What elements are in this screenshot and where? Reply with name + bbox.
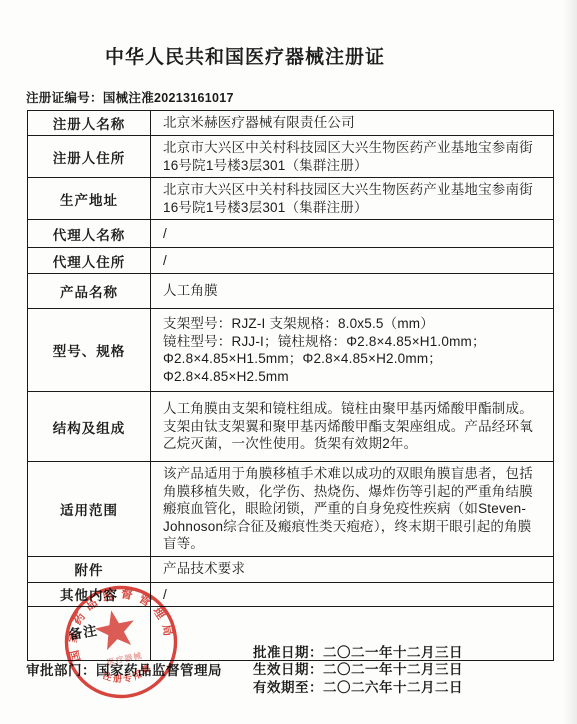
approval-date: 批准日期： 二〇二一年十二月三日 xyxy=(253,642,463,660)
row-intended-use: 适用范围 该产品适用于角膜移植手术难以成功的双眼角膜盲患者，包括角膜移植失败，化… xyxy=(28,462,554,557)
scan-edge-shadow xyxy=(563,0,577,724)
row-value: 该产品适用于角膜移植手术难以成功的双眼角膜盲患者，包括角膜移植失败，化学伤、热烧… xyxy=(151,462,554,557)
row-label: 适用范围 xyxy=(28,462,151,557)
row-label: 型号、规格 xyxy=(28,309,151,392)
row-registrant-address: 注册人住所 北京市大兴区中关村科技园区大兴生物医药产业基地宝参南街16号院1号楼… xyxy=(28,136,554,178)
row-label: 代理人名称 xyxy=(28,220,151,248)
row-label: 备注 xyxy=(28,607,151,661)
approval-department-value: 国家药品监督管理局 xyxy=(96,663,222,678)
row-registrant-name: 注册人名称 北京米赫医疗器械有限责任公司 xyxy=(28,111,554,136)
row-value: 北京市大兴区中关村科技园区大兴生物医药产业基地宝参南街16号院1号楼3层301（… xyxy=(151,178,554,220)
row-value: 人工角膜由支架和镜柱组成。镜柱由聚甲基丙烯酸甲酯制成。支架由钛支架翼和聚甲基丙烯… xyxy=(151,392,554,462)
effective-date: 生效日期： 二〇二一年十二月三日 xyxy=(253,660,463,678)
certificate-number-label: 注册证编号： xyxy=(26,91,103,105)
row-value: / xyxy=(151,582,554,607)
row-label: 产品名称 xyxy=(28,274,151,309)
row-value: / xyxy=(151,220,554,248)
row-attachment: 附件 产品技术要求 xyxy=(28,556,554,582)
expiry-date: 有效期至： 二〇二六年十二月二日 xyxy=(253,677,463,695)
registration-table: 注册人名称 北京米赫医疗器械有限责任公司 注册人住所 北京市大兴区中关村科技园区… xyxy=(27,110,554,661)
certificate-page: 中华人民共和国医疗器械注册证 注册证编号：国械注准20213161017 注册人… xyxy=(0,0,577,724)
row-value: 产品技术要求 xyxy=(151,556,554,582)
expiry-date-label: 有效期至： xyxy=(253,676,323,696)
row-label: 注册人名称 xyxy=(28,111,151,136)
row-label: 附件 xyxy=(28,556,151,582)
certificate-number: 注册证编号：国械注准20213161017 xyxy=(26,88,234,106)
expiry-date-value: 二〇二六年十二月二日 xyxy=(323,676,463,696)
approval-department-label: 审批部门： xyxy=(26,663,96,678)
row-label: 代理人住所 xyxy=(28,248,151,274)
row-label: 生产地址 xyxy=(28,178,151,220)
row-agent-name: 代理人名称 / xyxy=(28,220,554,248)
row-value: 支架型号：RJZ-I 支架规格：8.0x5.5（mm） 镜柱型号：RJJ-I；镜… xyxy=(151,309,554,392)
row-value: / xyxy=(151,248,554,274)
approval-department: 审批部门：国家药品监督管理局 xyxy=(26,659,222,679)
row-value: 人工角膜 xyxy=(151,274,554,309)
row-label: 结构及组成 xyxy=(28,392,151,462)
certificate-number-value: 国械注准20213161017 xyxy=(103,91,234,105)
row-value: 北京市大兴区中关村科技园区大兴生物医药产业基地宝参南街16号院1号楼3层301（… xyxy=(151,136,554,178)
date-block: 批准日期： 二〇二一年十二月三日 生效日期： 二〇二一年十二月三日 有效期至： … xyxy=(253,642,463,695)
page-title: 中华人民共和国医疗器械注册证 xyxy=(0,42,490,69)
row-model-spec: 型号、规格 支架型号：RJZ-I 支架规格：8.0x5.5（mm） 镜柱型号：R… xyxy=(28,309,554,392)
row-other-content: 其他内容 / xyxy=(28,582,554,607)
row-value: 北京米赫医疗器械有限责任公司 xyxy=(151,111,554,136)
row-label: 其他内容 xyxy=(28,582,151,607)
row-production-address: 生产地址 北京市大兴区中关村科技园区大兴生物医药产业基地宝参南街16号院1号楼3… xyxy=(28,178,554,220)
row-structure-composition: 结构及组成 人工角膜由支架和镜柱组成。镜柱由聚甲基丙烯酸甲酯制成。支架由钛支架翼… xyxy=(28,392,554,462)
row-label: 注册人住所 xyxy=(28,136,151,178)
row-agent-address: 代理人住所 / xyxy=(28,248,554,274)
row-product-name: 产品名称 人工角膜 xyxy=(28,274,554,309)
remarks-label: 备注 xyxy=(66,618,98,643)
